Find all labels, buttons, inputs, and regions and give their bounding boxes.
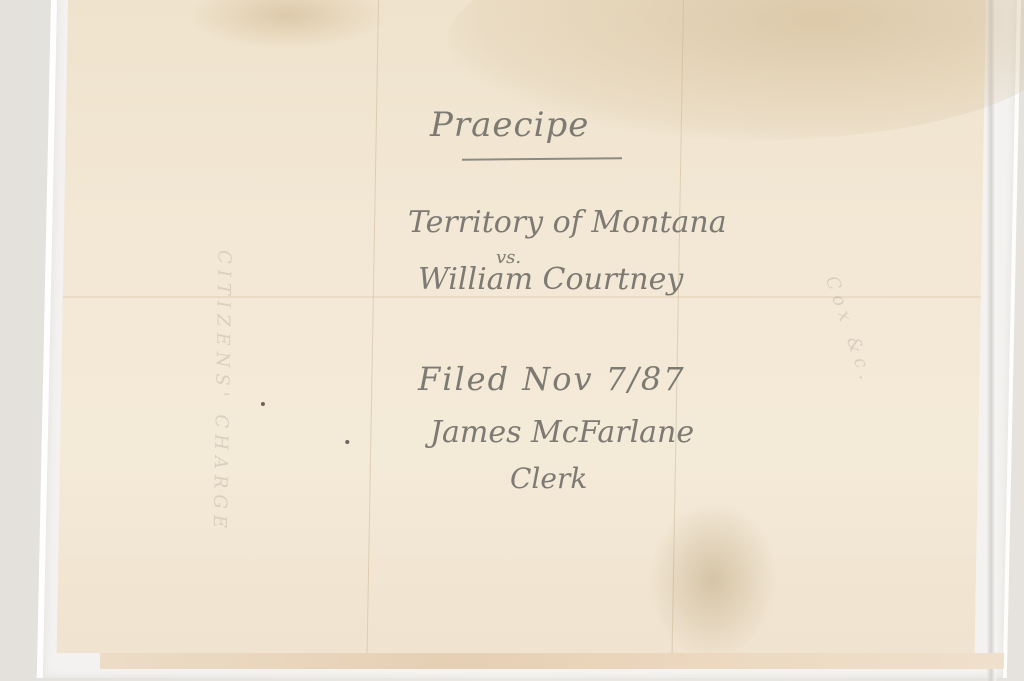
docket-heading: Praecipe bbox=[430, 105, 589, 145]
plaintiff-name: Territory of Montana bbox=[408, 205, 727, 240]
document-paper: CITIZENS' CHARGE Cox &c. bbox=[57, 0, 986, 653]
filed-date: Filed Nov 7/87 bbox=[418, 360, 686, 398]
clerk-title: Clerk bbox=[510, 462, 587, 495]
defendant-name: William Courtney bbox=[418, 262, 683, 297]
ink-speck bbox=[261, 402, 265, 406]
paper-bottom-edge bbox=[100, 653, 1004, 669]
clerk-signature: James McFarlane bbox=[430, 415, 694, 450]
